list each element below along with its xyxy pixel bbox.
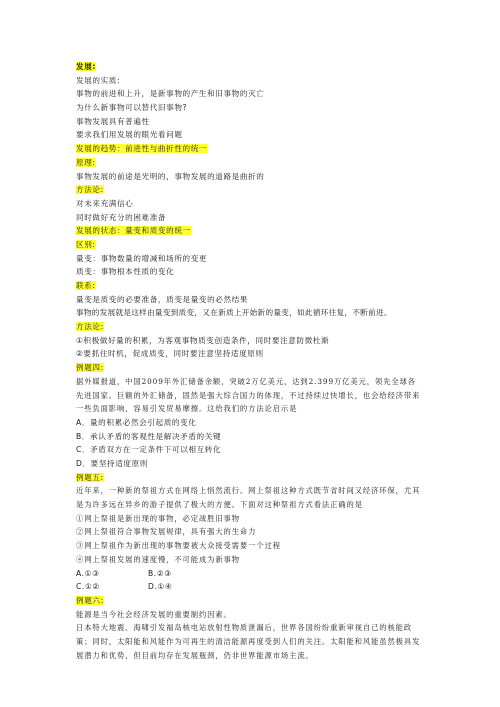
example6-label: 例题六: (76, 596, 104, 605)
principle-text: 事物发展的前途是光明的，事物发展的道路是曲折的 (76, 170, 396, 184)
title-highlight: 发展: (76, 62, 96, 71)
example4-label: 例题四: (76, 363, 104, 372)
trend-heading: 发展的趋势：前进性与曲折性的统一 (76, 144, 207, 153)
principle-label-line: 原理: (76, 156, 396, 170)
example5-statement-2: ②网上祭祖符合事物发展规律，具有强大的生命力 (76, 525, 396, 539)
example5-statement-3: ③网上祭祖作为新出现的事物要被大众接受需要一个过程 (76, 539, 396, 553)
method1-a: 对未来充满信心 (76, 197, 396, 211)
example5-label-line: 例题五: (76, 471, 396, 485)
principle-label: 原理: (76, 158, 96, 167)
example6-stem-a: 能源是当今社会经济发展的重要制约因素。 (76, 608, 396, 622)
state-heading: 发展的状态：量变和质变的统一 (76, 226, 191, 235)
section-title: 发展: (76, 60, 396, 74)
example6-stem-b: 日本特大地震、海啸引发福岛核电站放射性物质泄漏后，世界各国纷纷重新审视自己的核能… (76, 621, 421, 662)
essence-text: 事物的前进和上升，是新事物的产生和旧事物的灭亡 (76, 87, 396, 101)
diff-qual: 质变：事物根本性质的变化 (76, 265, 396, 279)
example5-option-c: C.①② (76, 580, 148, 594)
example4-option-c: C．矛盾双方在一定条件下可以相互转化 (76, 443, 396, 457)
example5-option-d: D.①④ (148, 580, 220, 594)
diff-label: 区别: (76, 240, 96, 249)
diff-label-line: 区别: (76, 238, 396, 252)
method-label-2-line: 方法论: (76, 320, 396, 334)
why-answer-1: 事物发展具有普遍性 (76, 115, 396, 129)
example5-statement-4: ④网上祭祖发展的速度慢，不可能成为新事物 (76, 553, 396, 567)
link-b: 事物的发展就是这样由量变到质变，又在新质上开始新的量变，如此循环往复，不断前进。 (76, 306, 396, 320)
method2-b: ②要抓住时机，促成质变，同时要注意坚持适度原则 (76, 347, 396, 361)
example4-option-b: B．承认矛盾的客观性是解决矛盾的关键 (76, 430, 396, 444)
example5-label: 例题五: (76, 473, 104, 482)
example4-stem: 据外媒报道，中国2009年外汇储备余额，突破2万亿美元，达到2.399万亿美元，… (76, 375, 421, 416)
method-label-2: 方法论: (76, 322, 104, 331)
example5-stem: 近年来，一种新的祭祖方式在网络上悄然流行。网上祭祖这种方式既节省时间又经济环保，… (76, 484, 421, 511)
example4-option-d: D．要坚持适度原则 (76, 457, 396, 471)
method1-b: 同时做好充分的困难准备 (76, 211, 396, 225)
method-label-1-line: 方法论: (76, 183, 396, 197)
example4-label-line: 例题四: (76, 361, 396, 375)
example5-options-row-1: A.①③ B.②③ (76, 567, 396, 581)
example4-option-a: A．量的积累必然会引起质的变化 (76, 416, 396, 430)
example5-statement-1: ①网上祭祖是新出现的事物，必定战胜旧事物 (76, 512, 396, 526)
method-label-1: 方法论: (76, 185, 104, 194)
link-label: 联系: (76, 281, 96, 290)
link-a: 量变是质变的必要准备，质变是量变的必然结果 (76, 293, 396, 307)
method2-a: ①积极做好量的积累，为客观事物质变创造条件，同时要注意防微杜渐 (76, 334, 396, 348)
essence-label: 发展的实质: (76, 74, 396, 88)
diff-quant: 量变：事物数量的增减和场所的变更 (76, 252, 396, 266)
why-answer-2: 要求我们用发展的眼光看问题 (76, 128, 396, 142)
document-page: 发展: 发展的实质: 事物的前进和上升，是新事物的产生和旧事物的灭亡 为什么新事… (76, 60, 396, 662)
why-question: 为什么新事物可以替代旧事物? (76, 101, 396, 115)
example5-option-a: A.①③ (76, 567, 148, 581)
state-heading-line: 发展的状态：量变和质变的统一 (76, 224, 396, 238)
trend-heading-line: 发展的趋势：前进性与曲折性的统一 (76, 142, 396, 156)
link-label-line: 联系: (76, 279, 396, 293)
example5-options-row-2: C.①② D.①④ (76, 580, 396, 594)
example5-option-b: B.②③ (148, 567, 220, 581)
example6-label-line: 例题六: (76, 594, 396, 608)
